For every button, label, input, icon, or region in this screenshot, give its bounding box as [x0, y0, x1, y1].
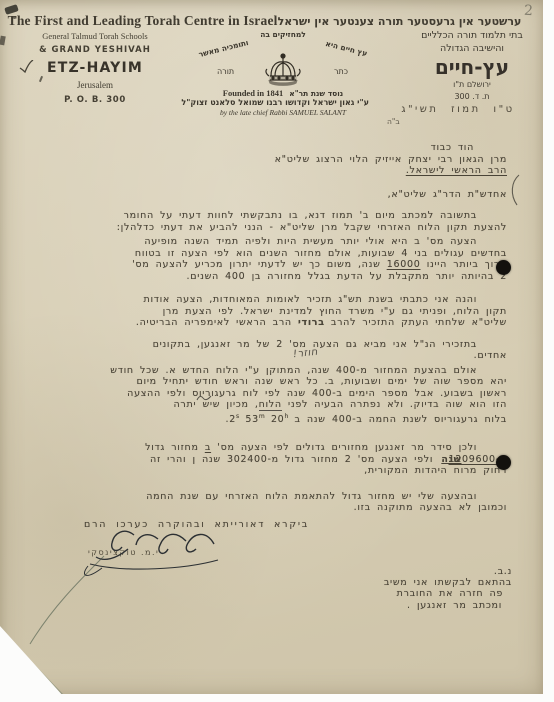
letterhead-left-block: General Talmud Torah Schools & GRAND YES… [16, 31, 174, 105]
institution-name-hebrew: עץ-חיים [398, 55, 546, 79]
text-segment: והנה אני כתבתי בשנת תש"ג תזכיר לאומות המ… [144, 294, 477, 305]
emblem-word-keter: כתר [334, 67, 348, 76]
text-segment: מחזור גדול [145, 442, 205, 453]
postscript-line: בהתאם לבקשתו אני משיב [282, 577, 512, 588]
letterhead-yeshivah-line: & GRAND YESHIVAH [16, 45, 174, 55]
typed-line: מ-1209600שנה ולפי הצעה מס' 2 מחזור גדול … [46, 454, 507, 466]
paragraph-p1: בתשובה למכתב מיום ב' תמוז דנא, בו נתבקשת… [46, 210, 507, 233]
text-segment: הרב הראשי לישראל. [406, 165, 507, 176]
typed-line: שליט"א שלחתי העתק התזכיר להרב ברודי הרב … [46, 317, 507, 329]
letterhead-emblem: עץ חיים היא למחזיקים בה ותומכיה מאשר [197, 29, 369, 123]
letter-paper: 2 The First and Leading Torah Centre in … [0, 0, 543, 694]
typed-line: ולכן סידר מר זאנגען מחזורים גדולים לפי ה… [46, 442, 507, 454]
text-segment: ובהצעה שלי יש מחזור גדול להתאמת הלוח האז… [146, 491, 477, 502]
text-segment: רחוק מרוח היהדות המקורית, [364, 465, 507, 476]
pob-hebrew: ת. ד. 300 [398, 92, 546, 101]
letterhead-title-yiddish: ערשטער אין גרעסטער תורה צענטער אין ישראל [278, 15, 522, 28]
typed-line: בחדשים עגולים בני 4 שבועות, אולם מחזור ה… [46, 248, 507, 260]
text-segment: מרן הגאון רבי יצחק אייזיק הלוי הרצוג שלי… [275, 154, 507, 165]
text-segment: הוד כבוד [431, 142, 474, 153]
ink-smudge [0, 36, 6, 46]
text-segment: שנה, משום כך יש לדעתי יתרון מכריע להצעה … [132, 259, 387, 270]
postscript-line: ומכתב מר זאנגען . [282, 600, 512, 611]
text-segment: , מכיון שיש יתרה [174, 399, 259, 410]
text-segment: ברודי [298, 317, 325, 328]
typed-line: תקון הלוח, ופניתי גם ע"י משרד החוץ למדינ… [46, 306, 507, 318]
bsd-mark: ב"ה [387, 117, 400, 126]
text-segment: אחדש"ת הדר"ג שליט"א, [388, 189, 507, 200]
text-segment: תקון הלוח, ופניתי גם ע"י משרד החוץ למדינ… [163, 306, 507, 317]
crown-icon [259, 50, 307, 86]
postscript-label: נ.ב. [282, 566, 512, 577]
text-segment: 53m [245, 411, 264, 426]
letterhead-title: The First and Leading Torah Centre in Is… [0, 10, 543, 29]
text-segment: ארוך ביותר היינו [420, 259, 507, 270]
text-segment: ולפי הצעה מס' 2 מחזור גדול מ-302400 שנה … [150, 454, 439, 465]
letterhead-schools-hebrew: בתי תלמוד תורה הכלליים [398, 30, 546, 41]
paragraph-greeting: אחדש"ת הדר"ג שליט"א, [46, 189, 507, 201]
scanned-letter-screenshot: { "letterhead": { "top_line_en": "The Fi… [0, 0, 554, 702]
postscript-line: פה חזרה את החוברת [282, 588, 512, 599]
letterhead-right-block: בתי תלמוד תורה הכלליים והישיבה הגדולה עץ… [398, 30, 546, 101]
punch-hole [496, 260, 511, 275]
letterhead-title-english: The First and Leading Torah Centre in Is… [8, 13, 278, 28]
text-segment: וכמובן לא בהצעה מתוקנה בזו. [354, 502, 507, 513]
handwritten-signature [16, 524, 228, 656]
text-segment: 16000 [387, 259, 421, 270]
typed-line: וכמובן לא בהצעה מתוקנה בזו. [46, 502, 507, 514]
text-segment: אולם בהצעת המחזור מ-400 שנה, המתוקן ע"י … [110, 365, 477, 376]
text-segment: ראשון בשבוע. אבל מספר הימים ב-400 שנה לפ… [127, 388, 507, 399]
founded-english: Founded in 1841 [223, 88, 283, 98]
typed-line: הזו הוא שוה בדיוק. ולא נפתרה הבעיה לפני … [46, 399, 507, 411]
typed-line: בלוח גרעגוריוס לשנת החמה ב-400 שנה ב 20h… [46, 411, 507, 426]
text-segment: הזו הוא שוה בדיוק. ולא נפתרה הבעיה לפני [282, 399, 507, 410]
founder-hebrew-line: ע"י גאון ישראל וקדושו רבנו שמואל סלאנט ז… [197, 98, 369, 107]
pen-squiggle-mark [196, 394, 212, 402]
founded-line: Founded in 1841נוסד שנת תר"א [197, 88, 369, 98]
punch-hole [496, 455, 511, 470]
text-segment: הרב הראשי לאימפריה הבריטיה. [136, 317, 298, 328]
typed-line: מרן הגאון רבי יצחק אייזיק הלוי הרצוג שלי… [46, 154, 507, 166]
typed-line: ובהצעה שלי יש מחזור גדול להתאמת הלוח האז… [46, 491, 507, 503]
emblem-arc-text-middle: למחזיקים בה [260, 30, 306, 39]
paragraph-p5: אולם בהצעת המחזור מ-400 שנה, המתוקן ע"י … [46, 365, 507, 426]
letterhead-schools-line: General Talmud Torah Schools [16, 31, 174, 41]
typed-line: יהא מספר שוה של ימים ושבועות, ב. כל ראש … [46, 376, 507, 388]
text-segment: הצעה מס' ב היא אולי יותר מעשית היות ולפי… [144, 236, 477, 247]
typed-line: אחדים. [46, 350, 507, 362]
founder-english-line: by the late chief Rabbi SAMUEL SALANT [197, 108, 369, 117]
typed-line: אולם בהצעת המחזור מ-400 שנה, המתוקן ע"י … [46, 365, 507, 377]
text-segment: בחדשים עגולים בני 4 שבועות, אולם מחזור ה… [135, 248, 507, 259]
institution-name-english: ETZ-HAYIM [16, 60, 174, 76]
pen-bracket-mark [507, 174, 523, 206]
typed-letter-body: הוד כבודמרן הגאון רבי יצחק אייזיק הלוי ה… [46, 142, 507, 514]
text-segment: בלוח גרעגוריוס לשנת החמה ב-400 שנה ב [288, 414, 507, 425]
typed-line: אחדש"ת הדר"ג שליט"א, [46, 189, 507, 201]
text-segment: 2 בהיותה יותר מתקבלת על הדעת בגלל מחזורה… [187, 271, 507, 282]
typed-line: הצעה מס' ב היא אולי יותר מעשית היות ולפי… [46, 236, 507, 248]
typed-line: ארוך ביותר היינו 16000 שנה, משום כך יש ל… [46, 259, 507, 271]
text-segment: להצעת תקון הלוח האזרחי שקבל מרן שליט"א -… [117, 222, 507, 233]
postscript-block: נ.ב. בהתאם לבקשתו אני משיב פה חזרה את הח… [282, 566, 512, 611]
paragraph-p6: ולכן סידר מר זאנגען מחזורים גדולים לפי ה… [46, 442, 507, 477]
paragraph-p7: ובהצעה שלי יש מחזור גדול להתאמת הלוח האז… [46, 491, 507, 514]
handwritten-check-icon [18, 60, 34, 74]
text-segment: אחדים. [474, 350, 507, 361]
typed-line: הוד כבוד [46, 142, 507, 154]
text-segment: הלוח [259, 399, 282, 411]
typed-line: בתשובה למכתב מיום ב' תמוז דנא, בו נתבקשת… [46, 210, 507, 222]
typed-line: ראשון בשבוע. אבל מספר הימים ב-400 שנה לפ… [46, 388, 507, 400]
text-segment: בתשובה למכתב מיום ב' תמוז דנא, בו נתבקשת… [124, 210, 477, 221]
text-segment: ולכן סידר מר זאנגען מחזורים גדולים לפי ה… [211, 442, 477, 453]
founded-hebrew: נוסד שנת תר"א [289, 89, 343, 98]
typed-line: בתזכירי הנ"ל אני מביא גם הצעה מס' 2 של מ… [46, 339, 507, 351]
text-segment: יהא מספר שוה של ימים ושבועות, ב. כל ראש … [137, 376, 507, 387]
emblem-arc-text-left: ותומכיה מאשר [198, 38, 250, 59]
typed-line: והנה אני כתבתי בשנת תש"ג תזכיר לאומות המ… [46, 294, 507, 306]
typed-line: רחוק מרוח היהדות המקורית, [46, 465, 507, 477]
pob-english: P. O. B. 300 [16, 95, 174, 105]
emblem-arc-text-right: עץ חיים היא [325, 39, 369, 58]
emblem-word-torah: תורה [217, 67, 234, 76]
letter-date: ט"ו תמוז תשי"ג [388, 104, 528, 115]
paragraph-address: הוד כבודמרן הגאון רבי יצחק אייזיק הלוי ה… [46, 142, 507, 177]
unit-superscript: m [259, 413, 265, 420]
text-segment: 20h [271, 411, 288, 426]
paragraph-p3: והנה אני כתבתי בשנת תש"ג תזכיר לאומות המ… [46, 294, 507, 329]
letterhead-yeshivah-hebrew: והישיבה הגדולה [398, 43, 546, 54]
text-segment: 2s [229, 411, 239, 426]
paragraph-p2: הצעה מס' ב היא אולי יותר מעשית היות ולפי… [46, 236, 507, 282]
text-segment: שליט"א שלחתי העתק התזכיר להרב [325, 317, 507, 328]
city-hebrew: ירושלם ת"ו [398, 80, 546, 89]
typed-line: הרב הראשי לישראל. [46, 165, 507, 177]
typed-line: 2 בהיותה יותר מתקבלת על הדעת בגלל מחזורה… [46, 271, 507, 283]
paragraph-p4: בתזכירי הנ"ל אני מביא גם הצעה מס' 2 של מ… [46, 339, 507, 362]
typed-line: להצעת תקון הלוח האזרחי שקבל מרן שליט"א -… [46, 222, 507, 234]
